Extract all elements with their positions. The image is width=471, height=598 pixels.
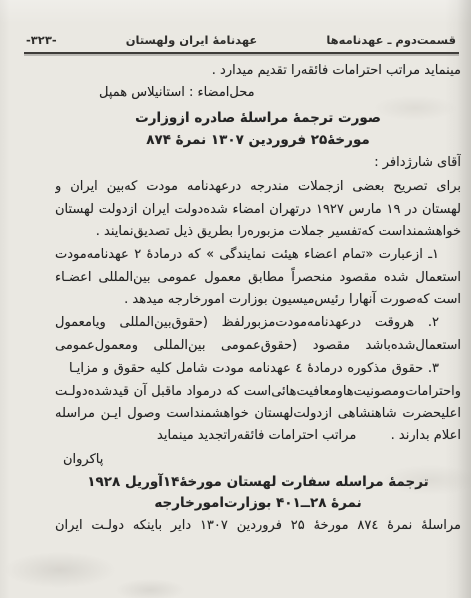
letter1-salutation: آقای شارژدافر :	[55, 152, 461, 174]
running-head-section: قسمت‌دوم ـ عهدنامه‌ها	[326, 33, 456, 47]
letter1-item2-line: ۲. هروقت درعهدنامه‌مودت‌مزبورلفظ (حقوق‌ب…	[55, 312, 461, 334]
header-rule	[24, 52, 459, 54]
signature-place-line: محل‌امضاء : استانیلاس همپل	[55, 82, 461, 104]
letter1-signature: پاکروان	[55, 449, 461, 471]
letter1-closing-line: اعلام بدارند . مراتب احترامات فائقه‌راتج…	[55, 425, 461, 447]
letter1-paragraph-line: لهستان در ۱۹ مارس ۱۹۲۷ درتهران امضاء شده…	[55, 199, 461, 221]
letter1-item3-line: اعلیحضرت شاهنشاهی ازدولت‌لهستان خواهشمند…	[55, 403, 461, 425]
letter2-body-line: مراسلهٔ نمرهٔ ۸۷٤ مورخهٔ ۲۵ فروردین ۱۳۰۷…	[55, 515, 461, 537]
letter1-paragraph-line: برای تصریح بعضی ازجملات مندرجه درعهدنامه…	[55, 176, 461, 198]
scanned-book-page: قسمت‌دوم ـ عهدنامه‌ها عهدنامهٔ ایران وله…	[0, 0, 471, 598]
letter2-title-line1: ترجمهٔ مراسله سفارت لهستان مورخهٔ۱۴آوریل…	[55, 471, 461, 493]
letter1-item1-line: است که‌صورت آنهارا رئیس‌میسیون بوزارت ام…	[55, 289, 461, 311]
letter1-closing-left: مراتب احترامات فائقه‌راتجدید مینماید	[157, 425, 356, 447]
letter1-title-line1: صورت ترجمهٔ مراسلهٔ صادره ازوزارت امورخا…	[55, 107, 461, 129]
letter1-closing-right: اعلام بدارند .	[391, 425, 461, 447]
letter1-item2-line: استعمال‌شده‌باشد مقصود (حقوق‌عمومی بین‌ا…	[55, 335, 461, 357]
letter1-title-line2: مورخهٔ۲۵ فروردین ۱۳۰۷ نمرهٔ ۸۷۴	[55, 129, 461, 151]
letter2-title-line2: نمرهٔ ۲۸ــ۴۰۱ بوزارت‌امورخارجه	[55, 492, 461, 514]
running-head-title: عهدنامهٔ ایران ولهستان	[126, 33, 258, 47]
letter1-item3-line: واحترامات‌ومصونیت‌هاومعافیت‌هائی‌است که …	[55, 381, 461, 403]
page-number: -۳۲۳-	[26, 33, 57, 47]
letter1-item3-line: ۳. حقوق مذکوره درمادهٔ ٤ عهدنامه مودت شا…	[55, 358, 461, 380]
running-head: قسمت‌دوم ـ عهدنامه‌ها عهدنامهٔ ایران وله…	[26, 33, 456, 51]
intro-closing-line: مینماید مراتب احترامات فائقه‌را تقدیم می…	[55, 60, 461, 82]
letter1-item1-line: استعمال شده مقصود منحصراً مطابق معمول عم…	[55, 267, 461, 289]
letter1-item1-line: ۱ـ ازعبارت «تمام اعضاء هیئت نمایندگی » ک…	[55, 244, 461, 266]
letter1-paragraph-line: خواهشمنداست که‌تفسیر جملات مزبوره‌را بطر…	[55, 221, 461, 243]
